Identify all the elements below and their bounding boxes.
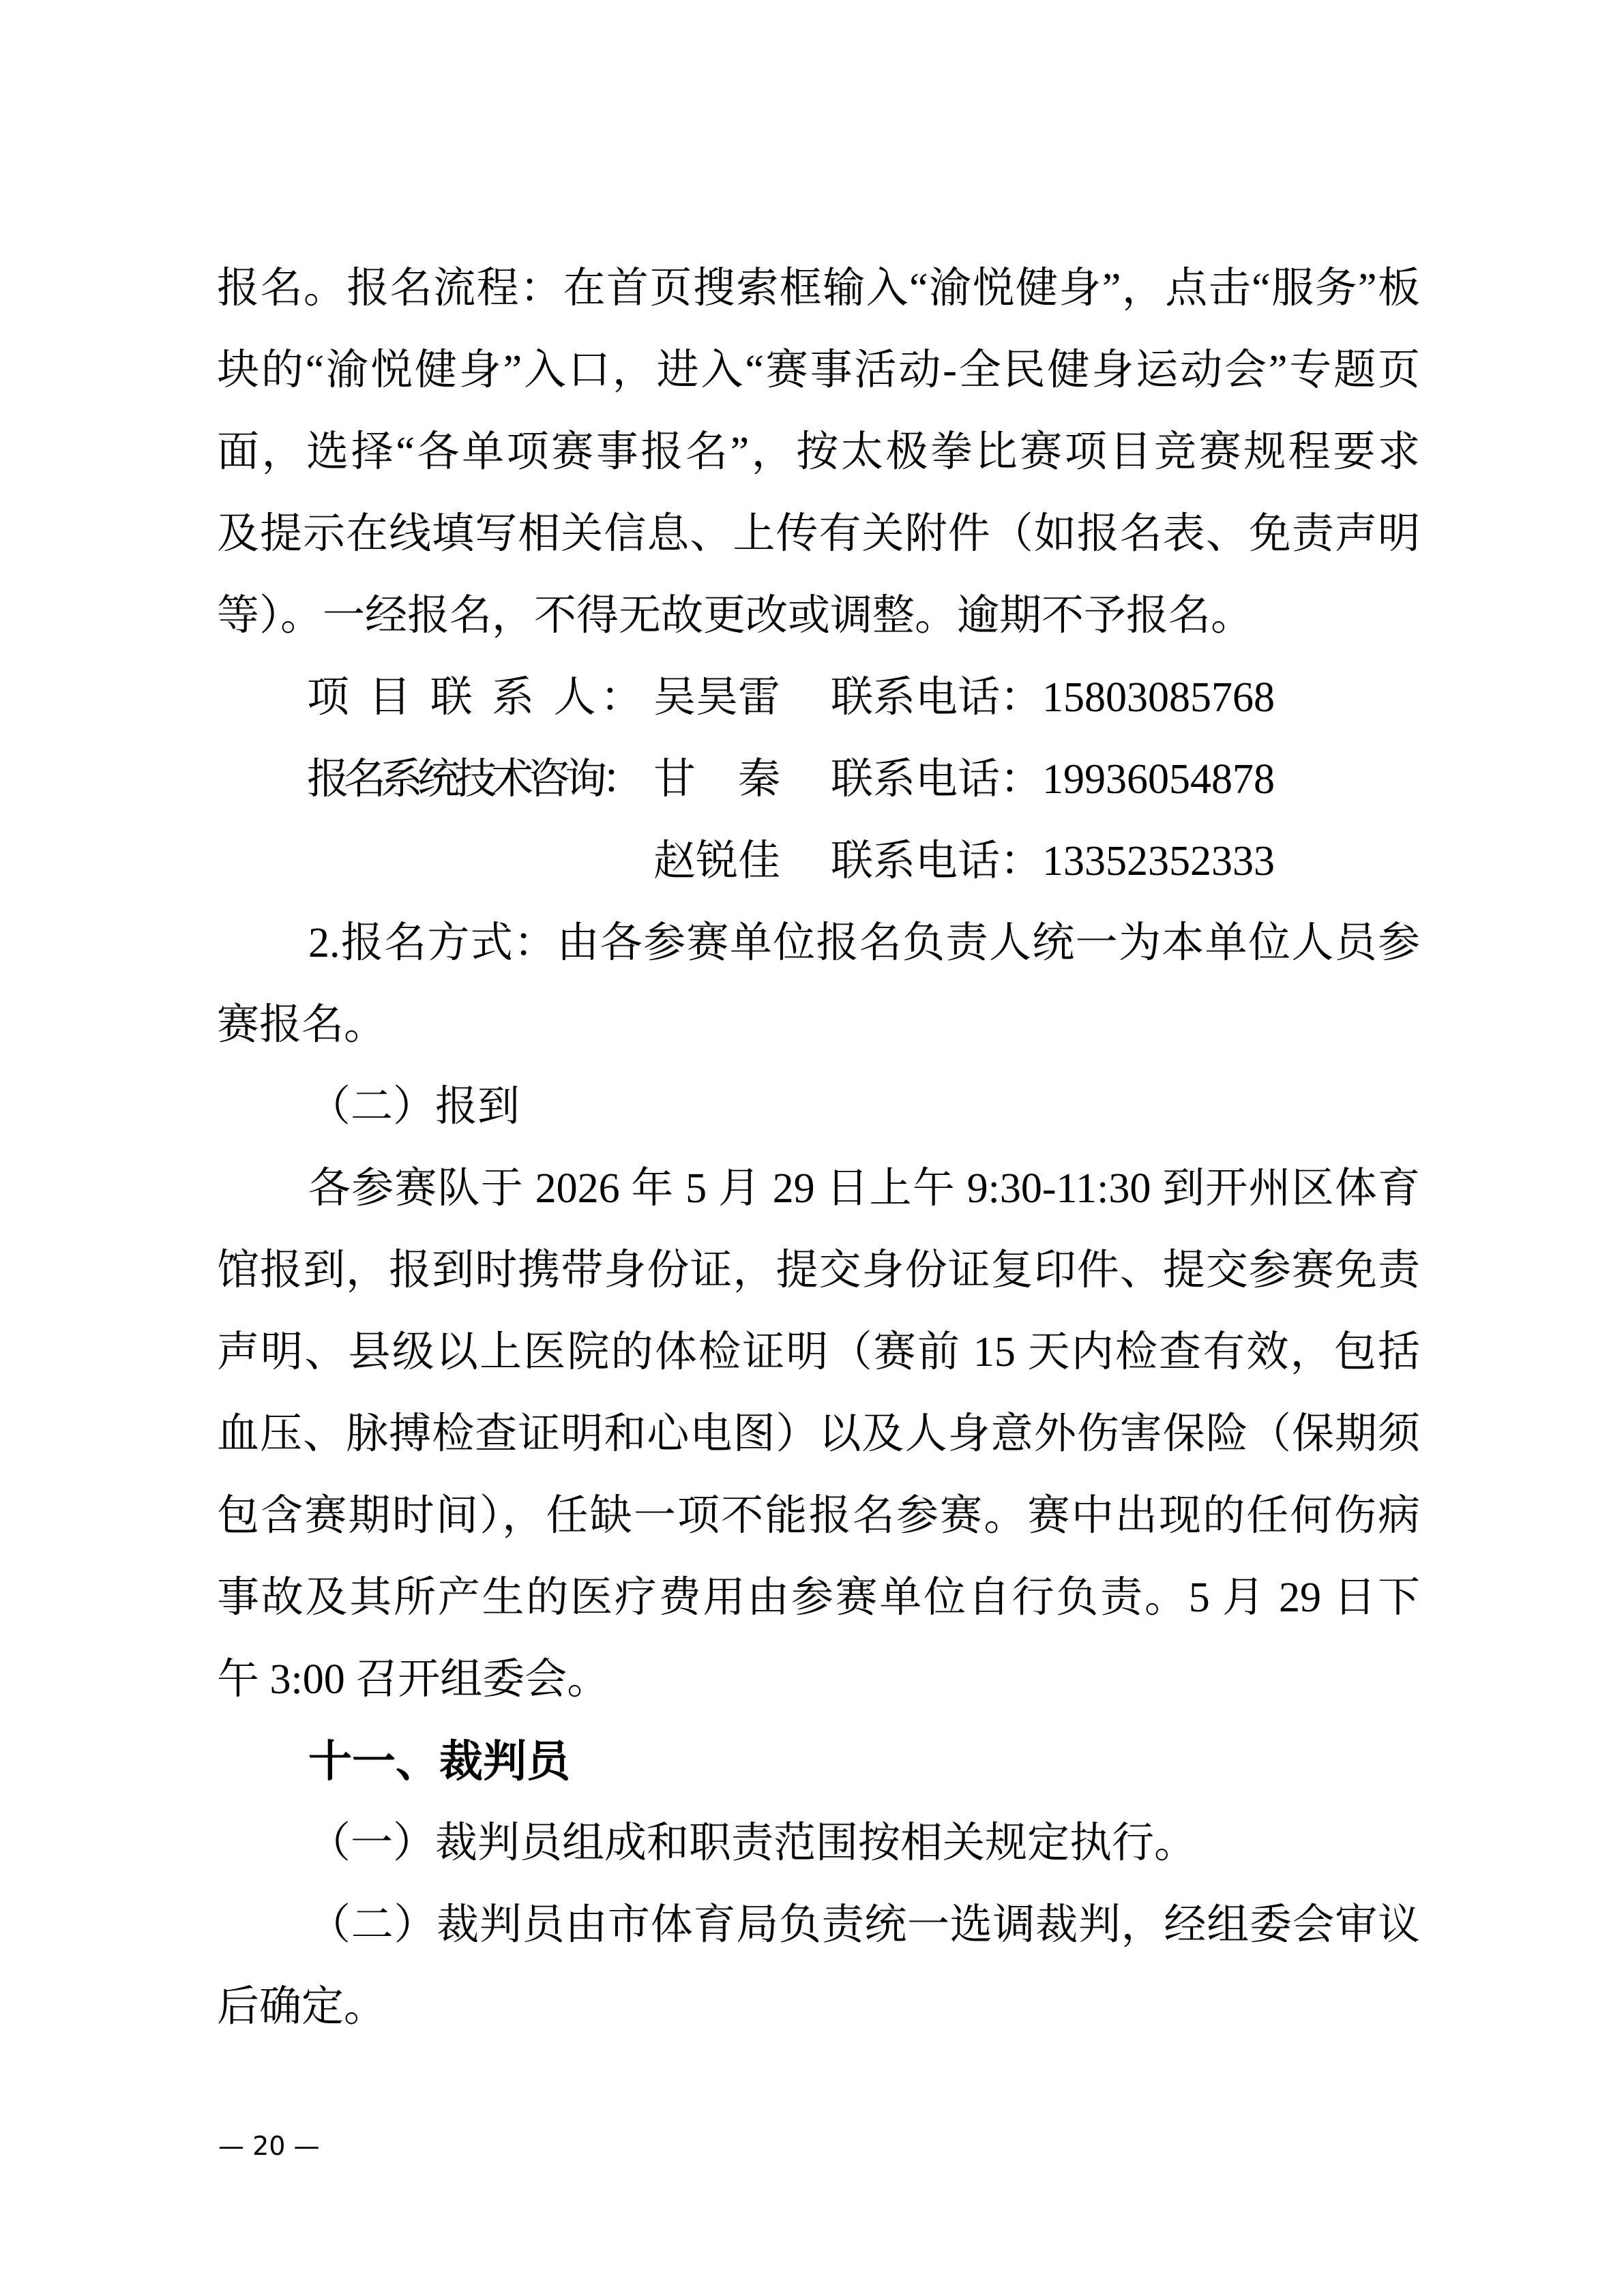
text-line: 后确定。 [217, 1966, 1420, 2048]
text-line: （二）报到 [217, 1066, 1420, 1148]
contact-line: 赵锐佳 联系电话：13352352333 [217, 820, 1420, 902]
contact-phone: 联系电话：15803085768 [831, 657, 1275, 739]
contact-label: 报名系统技术咨询： [307, 739, 638, 820]
text-line: 馆报到，报到时携带身份证，提交身份证复印件、提交参赛免责 [217, 1229, 1420, 1311]
contact-name: 赵锐佳 [653, 820, 780, 902]
text-line: 午 3:00 召开组委会。 [217, 1639, 1420, 1720]
text-line: 等）。一经报名，不得无故更改或调整。逾期不予报名。 [217, 575, 1420, 657]
text-line: 事故及其所产生的医疗费用由参赛单位自行负责。5 月 29 日下 [217, 1557, 1420, 1639]
text-line: 2.报名方式：由各参赛单位报名负责人统一为本单位人员参 [217, 902, 1420, 984]
text-line: （二）裁判员由市体育局负责统一选调裁判，经组委会审议 [217, 1884, 1420, 1966]
section-heading: 十一、裁判员 [217, 1720, 1420, 1802]
contact-line: 项 目 联 系 人： 吴昊雷 联系电话：15803085768 [217, 657, 1420, 739]
text-line: 包含赛期时间），任缺一项不能报名参赛。赛中出现的任何伤病 [217, 1475, 1420, 1557]
contact-name: 吴昊雷 [653, 657, 780, 739]
text-line: 报名。报名流程：在首页搜索框输入“渝悦健身”，点击“服务”板 [217, 248, 1420, 329]
document-body: 报名。报名流程：在首页搜索框输入“渝悦健身”，点击“服务”板 块的“渝悦健身”入… [217, 248, 1420, 2048]
page-number: — 20 — [218, 2133, 320, 2159]
contact-phone: 联系电话：19936054878 [831, 739, 1275, 820]
text-line: 块的“渝悦健身”入口，进入“赛事活动-全民健身运动会”专题页 [217, 329, 1420, 411]
text-line: 面，选择“各单项赛事报名”，按太极拳比赛项目竞赛规程要求 [217, 411, 1420, 493]
text-line: 及提示在线填写相关信息、上传有关附件（如报名表、免责声明 [217, 493, 1420, 575]
contact-line: 报名系统技术咨询： 甘 秦 联系电话：19936054878 [217, 739, 1420, 820]
contact-name: 甘 秦 [653, 739, 780, 820]
text-line: （一）裁判员组成和职责范围按相关规定执行。 [217, 1802, 1420, 1884]
contact-phone: 联系电话：13352352333 [831, 820, 1275, 902]
document-page: 报名。报名流程：在首页搜索框输入“渝悦健身”，点击“服务”板 块的“渝悦健身”入… [0, 0, 1624, 2296]
text-line: 声明、县级以上医院的体检证明（赛前 15 天内检查有效，包括 [217, 1311, 1420, 1393]
text-line: 赛报名。 [217, 984, 1420, 1066]
text-line: 血压、脉搏检查证明和心电图）以及人身意外伤害保险（保期须 [217, 1393, 1420, 1475]
text-line: 各参赛队于 2026 年 5 月 29 日上午 9:30-11:30 到开州区体… [217, 1148, 1420, 1229]
contact-label: 项 目 联 系 人： [307, 657, 643, 739]
